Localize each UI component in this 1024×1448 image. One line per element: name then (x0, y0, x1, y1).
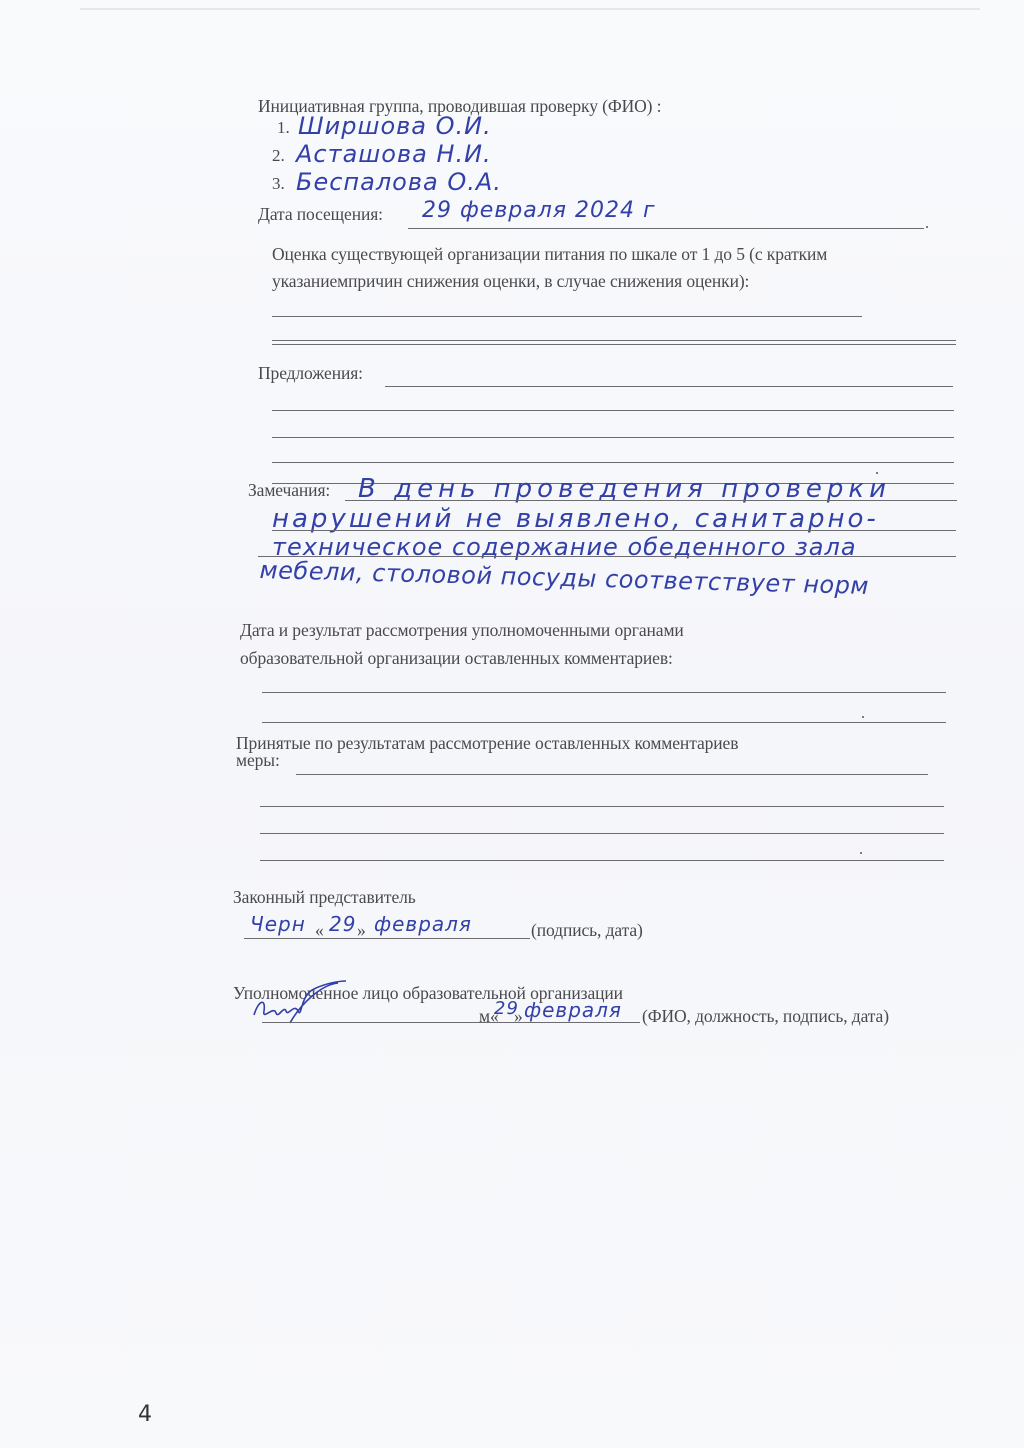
visit-date-value: 29 февраля 2024 г (422, 198, 656, 223)
member-number-3: 3. (272, 174, 285, 194)
proposals-line-4 (272, 462, 954, 463)
measures-label-line1: Принятые по результатам рассмотрение ост… (236, 733, 738, 754)
proposals-line-3 (272, 437, 954, 438)
remarks-line-4: мебели, столовой посуды соответствует но… (259, 556, 869, 600)
remarks-label: Замечания: (248, 480, 330, 501)
proposals-line-2 (272, 410, 954, 411)
member-number-2: 2. (272, 146, 285, 166)
period-dot (862, 716, 864, 718)
rating-label-line2: указаниемпричин снижения оценки, в случа… (272, 271, 749, 292)
measures-line-1 (296, 774, 928, 775)
rating-answer-line-3 (272, 344, 956, 345)
representative-signature: Черн (250, 912, 306, 936)
measures-line-3 (260, 833, 944, 834)
rating-answer-line-1 (272, 316, 862, 317)
period-dot (860, 852, 862, 854)
page-number: 4 (138, 1402, 152, 1427)
remarks-underline-2 (272, 530, 956, 531)
review-label-line1: Дата и результат рассмотрения уполномоче… (240, 620, 684, 641)
scanned-page: Инициативная группа, проводившая проверк… (0, 0, 1024, 1448)
representative-suffix: (подпись, дата) (531, 920, 643, 941)
representative-sign-line (244, 938, 530, 939)
representative-label: Законный представитель (233, 887, 416, 908)
authorized-sign-line (262, 1022, 640, 1023)
authorized-suffix: (ФИО, должность, подпись, дата) (642, 1006, 889, 1027)
quote-close: » (514, 1006, 523, 1027)
measures-line-4 (260, 860, 944, 861)
representative-month: февраля (374, 912, 472, 936)
measures-line-2 (260, 806, 944, 807)
representative-day: 29 (329, 912, 356, 936)
period-dot (926, 226, 928, 228)
authorized-signature-icon (240, 975, 350, 1035)
review-line-2 (262, 722, 946, 723)
remarks-underline-1 (345, 500, 957, 501)
page-top-edge (80, 8, 980, 10)
member-name-1: Ширшова О.И. (298, 112, 492, 140)
review-label-line2: образовательной организации оставленных … (240, 648, 673, 669)
proposals-line-1 (385, 386, 953, 387)
rating-answer-line-2 (272, 340, 956, 341)
visit-date-line (408, 228, 924, 229)
member-number-1: 1. (277, 118, 290, 138)
member-name-2: Асташова Н.И. (296, 140, 492, 168)
visit-date-label: Дата посещения: (258, 204, 383, 225)
proposals-label: Предложения: (258, 363, 363, 384)
remarks-underline-3 (258, 556, 956, 557)
member-name-3: Беспалова О.А. (296, 168, 502, 196)
rating-label-line1: Оценка существующей организации питания … (272, 244, 827, 265)
authorized-month: февраля (524, 998, 622, 1022)
measures-label-line2: меры: (236, 750, 280, 771)
review-line-1 (262, 692, 946, 693)
